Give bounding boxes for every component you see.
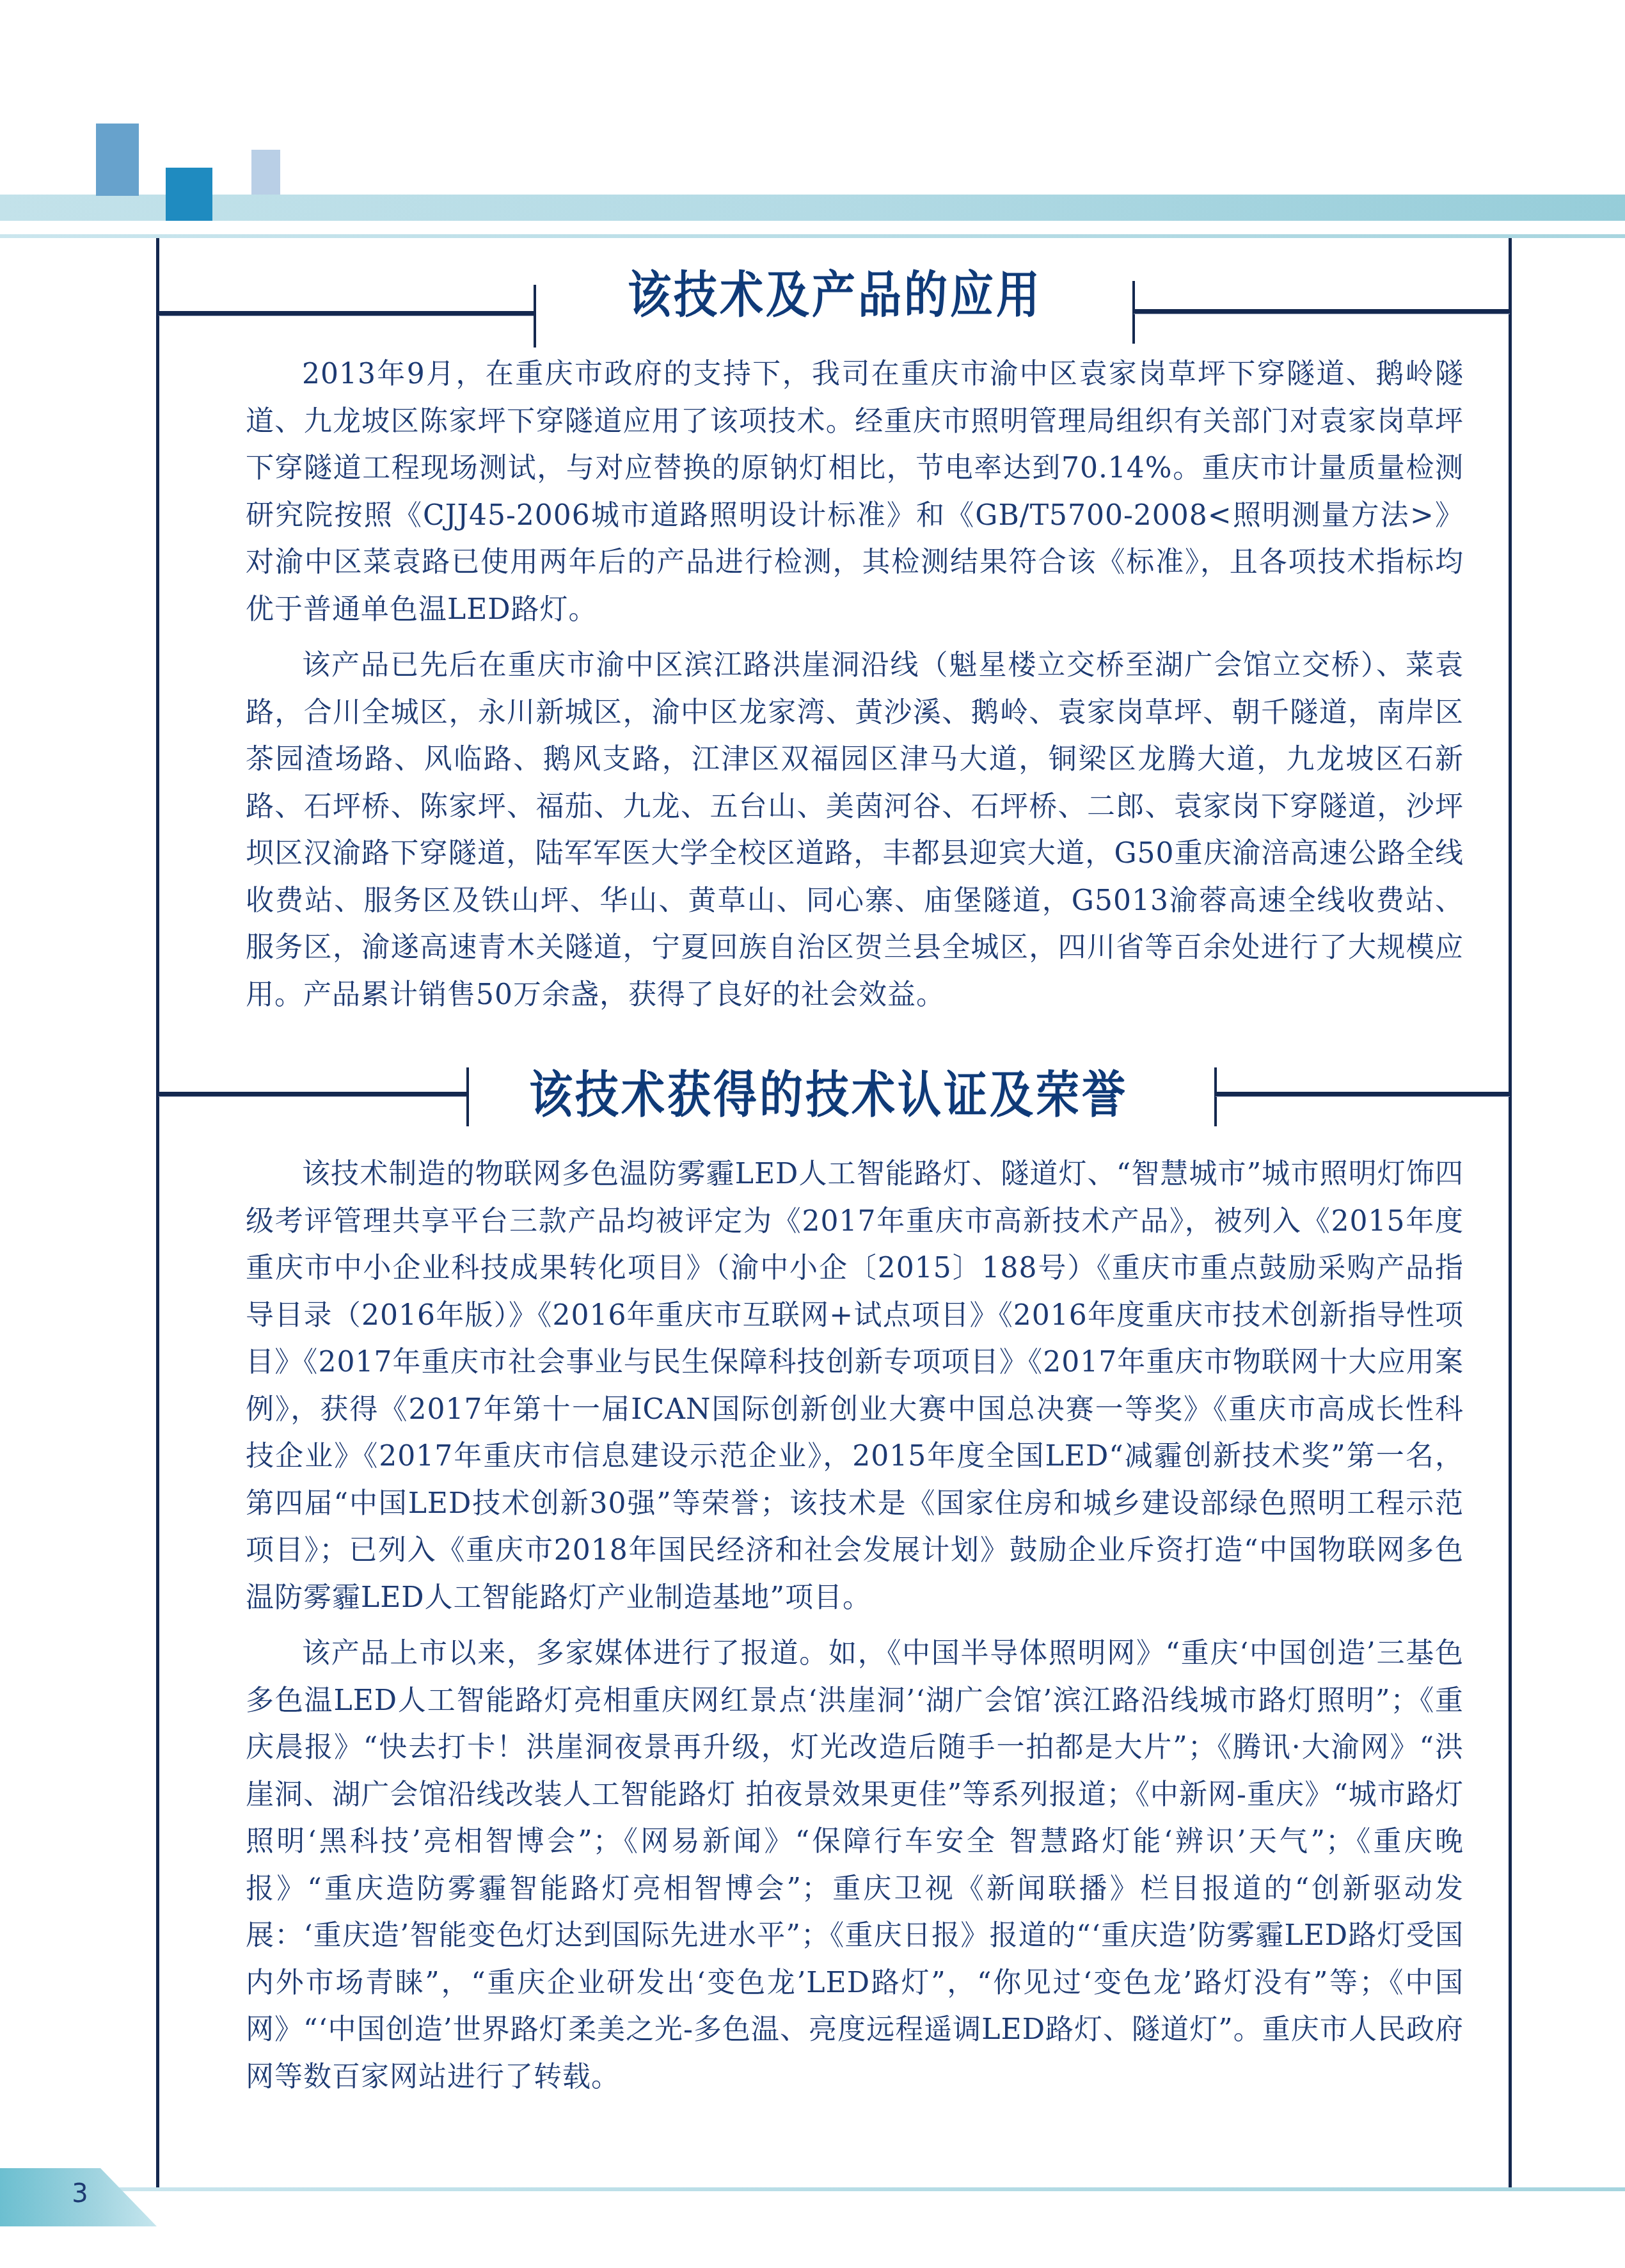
section-title: 该技术及产品的应用 — [537, 260, 1132, 333]
footer-rule — [23, 2187, 1625, 2191]
paragraph: 该产品上市以来，多家媒体进行了报道。如，《中国半导体照明网》“重庆‘中国创造’三… — [246, 1630, 1464, 2100]
header-deco-bar — [166, 168, 212, 221]
page-number: 3 — [67, 2175, 93, 2213]
paragraph: 该技术制造的物联网多色温防雾霾LED人工智能路灯、隧道灯、“智慧城市”城市照明灯… — [246, 1151, 1464, 1621]
section-body-application: 2013年9月，在重庆市政府的支持下，我司在重庆市渝中区袁家岗草坪下穿隧道、鹅岭… — [246, 351, 1464, 1018]
paragraph: 2013年9月，在重庆市政府的支持下，我司在重庆市渝中区袁家岗草坪下穿隧道、鹅岭… — [246, 351, 1464, 633]
header-deco-bar — [251, 150, 280, 195]
heading-rule-left — [159, 1092, 468, 1097]
header-rule — [0, 234, 1625, 238]
section-body-honors: 该技术制造的物联网多色温防雾霾LED人工智能路灯、隧道灯、“智慧城市”城市照明灯… — [246, 1151, 1464, 2100]
heading-tick-left — [534, 285, 536, 347]
heading-tick-left — [466, 1067, 469, 1126]
heading-tick-right — [1214, 1067, 1217, 1126]
paragraph: 该产品已先后在重庆市渝中区滨江路洪崖洞沿线（魁星楼立交桥至湖广会馆立交桥）、菜袁… — [246, 642, 1464, 1018]
frame-left-border — [156, 238, 159, 2189]
heading-rule-right — [1134, 309, 1510, 314]
header-deco-bar — [96, 124, 139, 196]
frame-right-border — [1509, 238, 1512, 2189]
section-title: 该技术获得的技术认证及荣誉 — [470, 1060, 1187, 1133]
heading-rule-left — [159, 311, 535, 316]
header-band — [0, 195, 1625, 221]
heading-rule-right — [1216, 1092, 1510, 1097]
